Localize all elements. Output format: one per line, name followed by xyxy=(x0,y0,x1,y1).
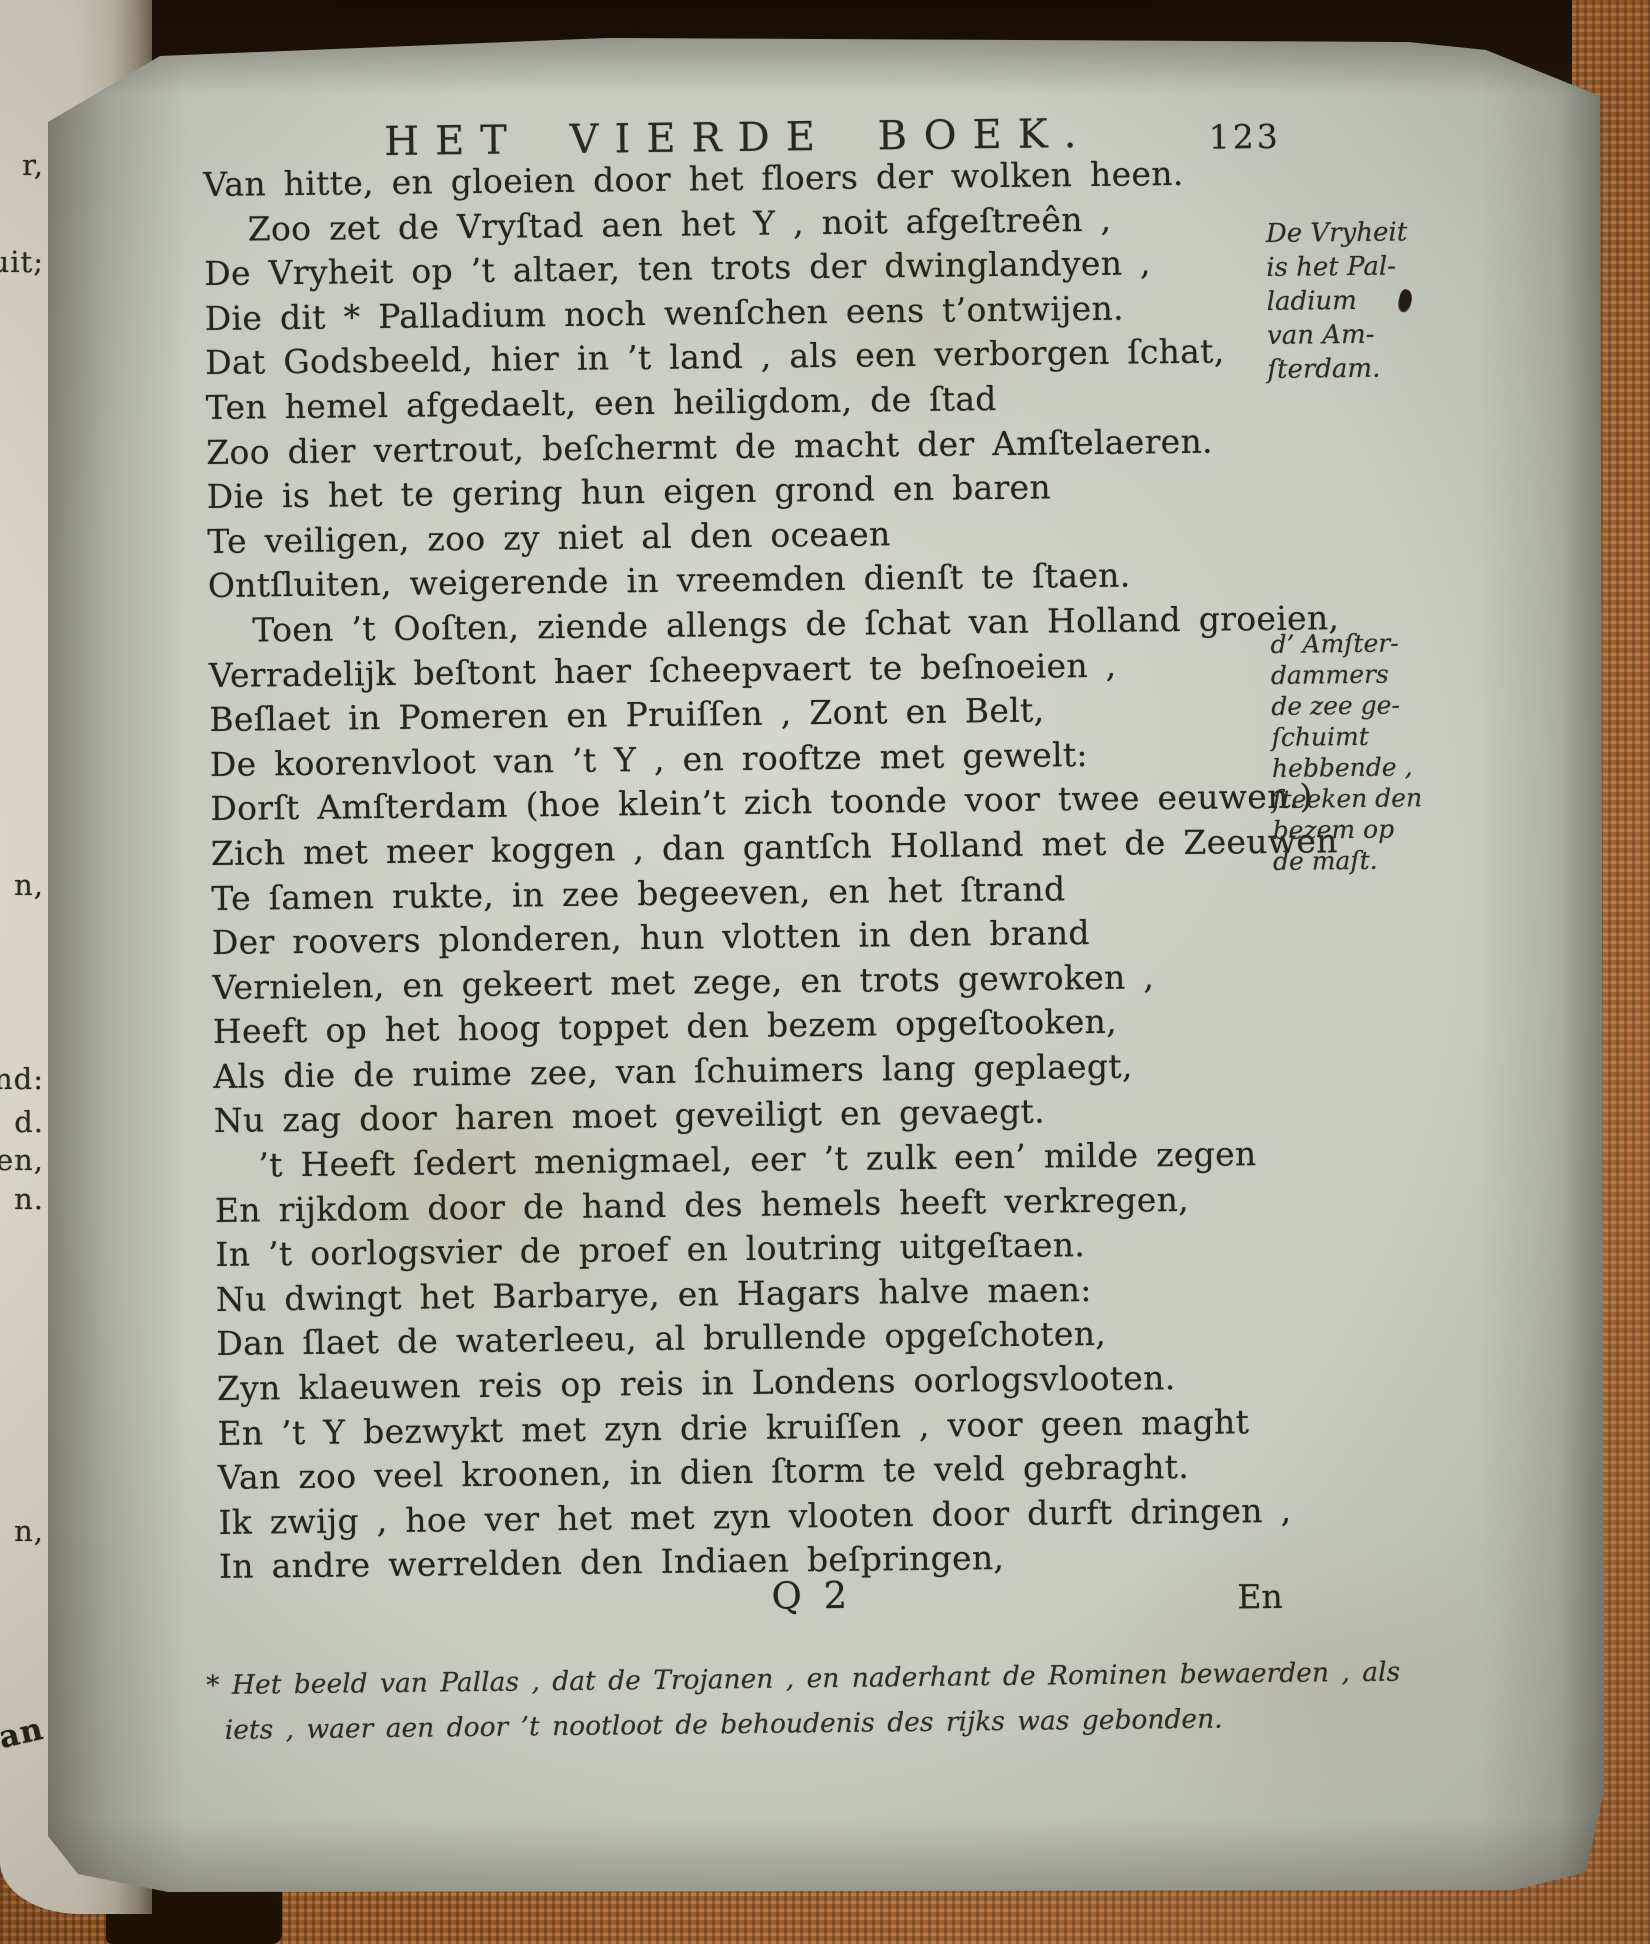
recto-page: HET VIERDE BOEK. 123 Van hitte, en gloei… xyxy=(48,30,1604,1892)
footnote: * Het beeld van Pallas , dat de Trojanen… xyxy=(206,1650,1387,1753)
opposite-page-text-fragment: Van xyxy=(0,1711,47,1761)
opposite-page-text-fragment: d. xyxy=(14,1105,44,1139)
opposite-page-text-fragment: ond: xyxy=(0,1062,44,1096)
margin-note-line: ſchuimt xyxy=(1271,720,1466,753)
margin-note-line: bezem op xyxy=(1272,813,1467,846)
margin-note-line: ſteeken den xyxy=(1272,782,1467,815)
opposite-page-text-fragment: n, xyxy=(14,868,44,902)
margin-note-2: d’ Amſter-dammersde zee ge-ſchuimthebben… xyxy=(1270,627,1468,877)
margin-note-line: ſterdam. xyxy=(1267,351,1462,387)
poem: Van hitte, en gloeien door het floers de… xyxy=(203,151,1259,1590)
margin-note-line: ladium xyxy=(1266,283,1461,319)
margin-note-line: dammers xyxy=(1271,658,1466,691)
opposite-page-text-fragment: en, xyxy=(0,1143,44,1177)
margin-note-line: hebbende , xyxy=(1272,751,1467,784)
margin-note-line: De Vryheit xyxy=(1266,215,1461,251)
opposite-page-text-fragment: r, xyxy=(22,148,44,182)
opposite-page-text-fragment: uit; xyxy=(0,245,44,279)
margin-note-line: van Am- xyxy=(1267,317,1462,353)
opposite-page-fragments: r,uit;n,ond:d.en,n.n,Van xyxy=(0,0,47,1914)
margin-note-1: De Vryheitis het Pal-ladiumvan Am-ſterda… xyxy=(1266,215,1463,387)
margin-note-line: d’ Amſter- xyxy=(1270,627,1465,660)
margin-note-line: de zee ge- xyxy=(1271,689,1466,722)
margin-note-line: is het Pal- xyxy=(1266,249,1461,285)
opposite-page-text-fragment: n. xyxy=(14,1182,44,1216)
page-content: HET VIERDE BOEK. 123 Van hitte, en gloei… xyxy=(40,21,1617,1901)
opposite-page-text-fragment: n, xyxy=(14,1514,44,1548)
photo-canvas: { "colors": { "paper": "#c7ccc0", "ink":… xyxy=(0,0,1650,1944)
catchword: En xyxy=(1237,1577,1283,1617)
margin-note-line: de maſt. xyxy=(1273,844,1468,877)
